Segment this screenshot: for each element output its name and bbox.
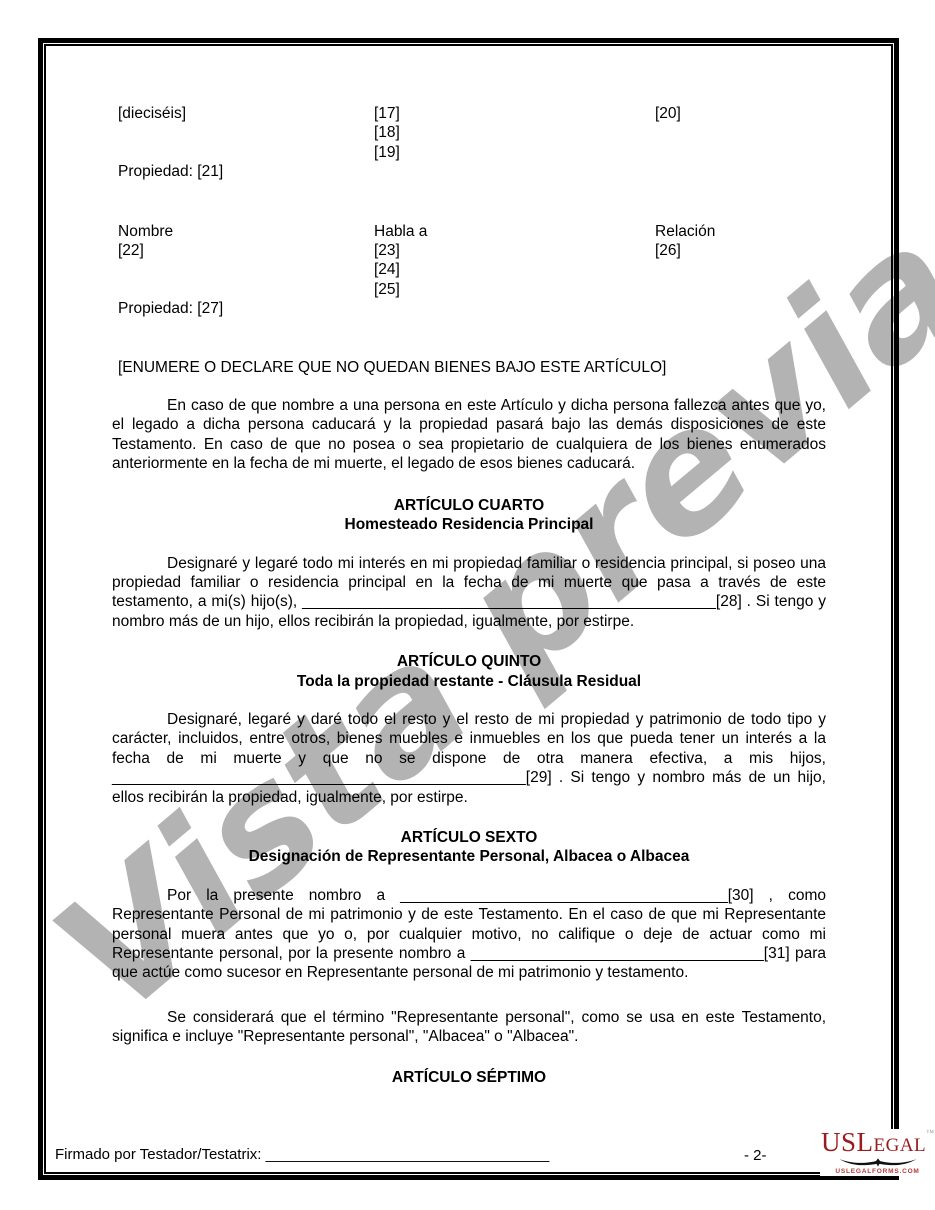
field-address-2: [23] [24] [25] — [374, 241, 655, 299]
document-body: [dieciséis] [17] [18] [19] [20] Propieda… — [112, 104, 826, 1087]
eagle-icon — [832, 1157, 924, 1168]
logo-part-usl: USL — [821, 1127, 874, 1157]
header-nombre: Nombre — [112, 222, 374, 241]
signature-footer: Firmado por Testador/Testatrix: ________… — [55, 1146, 549, 1163]
field-line: [19] — [374, 143, 655, 162]
trademark-symbol: ™ — [926, 1128, 934, 1137]
field-line: [24] — [374, 260, 655, 279]
beneficiary-headers: Nombre Habla a Relación — [112, 222, 826, 241]
field-relation-1: [20] — [655, 104, 826, 162]
uslegal-wordmark: USLEGAL™ — [820, 1129, 935, 1156]
paragraph-homestead: Designaré y legaré todo mi interés en mi… — [112, 554, 826, 632]
article-6-subtitle: Designación de Representante Personal, A… — [112, 847, 826, 866]
field-line: [25] — [374, 280, 655, 299]
paragraph-residual: Designaré, legaré y daré todo el resto y… — [112, 710, 826, 807]
article-4-subtitle: Homesteado Residencia Principal — [112, 515, 826, 534]
logo-part-egal: EGAL — [874, 1135, 927, 1156]
header-relacion: Relación — [655, 222, 826, 241]
field-relation-2: [26] — [655, 241, 826, 299]
beneficiary-row-2: [22] [23] [24] [25] [26] — [112, 241, 826, 299]
article-5-title: ARTÍCULO QUINTO — [112, 652, 826, 671]
field-line: [17] — [374, 104, 655, 123]
paragraph-personal-rep: Por la presente nombro a _______________… — [112, 886, 826, 983]
paragraph-lapse-clause: En caso de que nombre a una persona en e… — [112, 396, 826, 474]
page-number: - 2- — [744, 1147, 767, 1164]
beneficiary-row-1: [dieciséis] [17] [18] [19] [20] — [112, 104, 826, 162]
article-4-heading: ARTÍCULO CUARTO Homesteado Residencia Pr… — [112, 496, 826, 535]
article-5-heading: ARTÍCULO QUINTO Toda la propiedad restan… — [112, 652, 826, 691]
paragraph-term-definition: Se considerará que el término "Represent… — [112, 1008, 826, 1047]
article-7-heading: ARTÍCULO SÉPTIMO — [112, 1068, 826, 1087]
field-line: [18] — [374, 123, 655, 142]
header-habla-a: Habla a — [374, 222, 655, 241]
field-name-1: [dieciséis] — [112, 104, 374, 162]
field-line: [23] — [374, 241, 655, 260]
property-field-1: Propiedad: [21] — [112, 162, 826, 181]
field-address-1: [17] [18] [19] — [374, 104, 655, 162]
signature-label: Firmado por Testador/Testatrix: — [55, 1146, 261, 1163]
article-6-title: ARTÍCULO SEXTO — [112, 828, 826, 847]
signature-line: __________________________________ — [266, 1146, 550, 1163]
article-4-title: ARTÍCULO CUARTO — [112, 496, 826, 515]
article-6-heading: ARTÍCULO SEXTO Designación de Representa… — [112, 828, 826, 867]
uslegal-logo: USLEGAL™ USLEGALFORMS.COM — [820, 1129, 935, 1176]
article-5-subtitle: Toda la propiedad restante - Cláusula Re… — [112, 672, 826, 691]
field-name-2: [22] — [112, 241, 374, 299]
uslegal-site-text: USLEGALFORMS.COM — [820, 1169, 935, 1176]
instruction-notice: [ENUMERE O DECLARE QUE NO QUEDAN BIENES … — [112, 358, 826, 377]
article-7-title: ARTÍCULO SÉPTIMO — [112, 1068, 826, 1087]
property-field-2: Propiedad: [27] — [112, 299, 826, 318]
